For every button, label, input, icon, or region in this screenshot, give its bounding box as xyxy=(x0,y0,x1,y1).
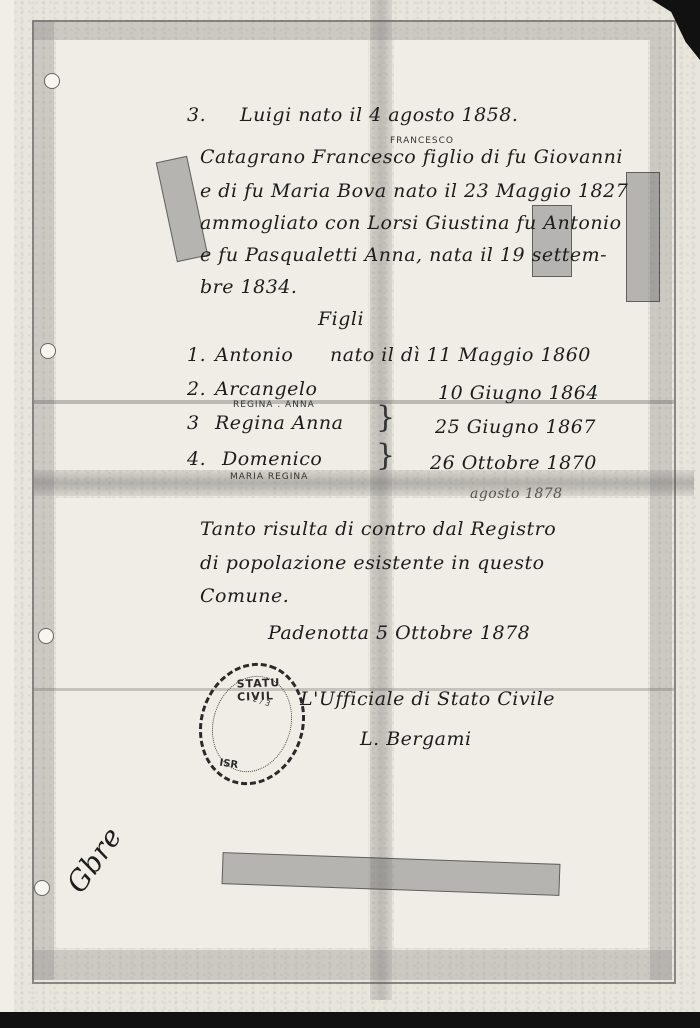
place-date: Padenotta 5 Ottobre 1878 xyxy=(268,622,530,644)
signature-name: L. Bergami xyxy=(360,728,472,750)
child-2-date: 10 Giugno 1864 xyxy=(438,382,599,404)
certification-line-2: di popolazione esistente in questo xyxy=(200,552,545,574)
signature-title: L'Ufficiale di Stato Civile xyxy=(300,688,555,710)
child-3-annotation: REGINA . ANNA xyxy=(233,400,315,410)
body-line-2: e di fu Maria Bova nato il 23 Maggio 182… xyxy=(200,180,628,202)
children-heading: Figli xyxy=(318,308,364,330)
child-4-number: 4. xyxy=(187,448,206,470)
child-3-number: 3 xyxy=(187,412,200,434)
child-1-number: 1. xyxy=(187,344,206,366)
scan-bottom-edge xyxy=(0,1012,700,1028)
child-1-date: nato il dì 11 Maggio 1860 xyxy=(330,344,591,366)
child-2-name: Arcangelo xyxy=(215,378,317,400)
mount-strip-bottom xyxy=(32,950,672,980)
tape-piece-right xyxy=(626,172,660,302)
child-1-name: Antonio xyxy=(215,344,293,366)
body-line-3: ammogliato con Lorsi Giustina fu Antonio xyxy=(200,212,622,234)
stamp-top-text: STATU CIVIL xyxy=(236,675,313,704)
certification-line-1: Tanto risulta di contro dal Registro xyxy=(200,518,556,540)
punch-hole-bottom xyxy=(34,880,50,896)
child-4-name: Domenico xyxy=(222,448,322,470)
entry-number: 3. xyxy=(187,104,206,126)
child-4-date: 26 Ottobre 1870 xyxy=(430,452,597,474)
punch-hole-top xyxy=(44,73,60,89)
child-4-annotation: MARIA REGINA xyxy=(230,472,308,482)
body-line-4: e fu Pasqualetti Anna, nata il 19 settem… xyxy=(200,244,607,266)
stamp-bottom-text: ISR xyxy=(219,758,239,771)
punch-hole-middle xyxy=(40,343,56,359)
body-line-1: Catagrano Francesco figlio di fu Giovann… xyxy=(200,146,623,168)
mount-strip-left xyxy=(32,20,54,980)
child-2-number: 2. xyxy=(187,378,206,400)
annotation-francesco: FRANCESCO xyxy=(390,136,454,146)
entry-header: Luigi nato il 4 agosto 1858. xyxy=(240,104,518,126)
child-3-name: Regina Anna xyxy=(215,412,343,434)
scan-left-margin xyxy=(0,0,14,1012)
brace-mark: } xyxy=(376,438,395,473)
mount-strip-top xyxy=(32,20,672,40)
body-line-5: bre 1834. xyxy=(200,276,297,298)
certification-line-3: Comune. xyxy=(200,585,289,607)
child-3-date: 25 Giugno 1867 xyxy=(435,416,596,438)
punch-hole-lower xyxy=(38,628,54,644)
brace-mark: } xyxy=(376,400,395,435)
child-5-date-faded: agosto 1878 xyxy=(470,486,563,502)
